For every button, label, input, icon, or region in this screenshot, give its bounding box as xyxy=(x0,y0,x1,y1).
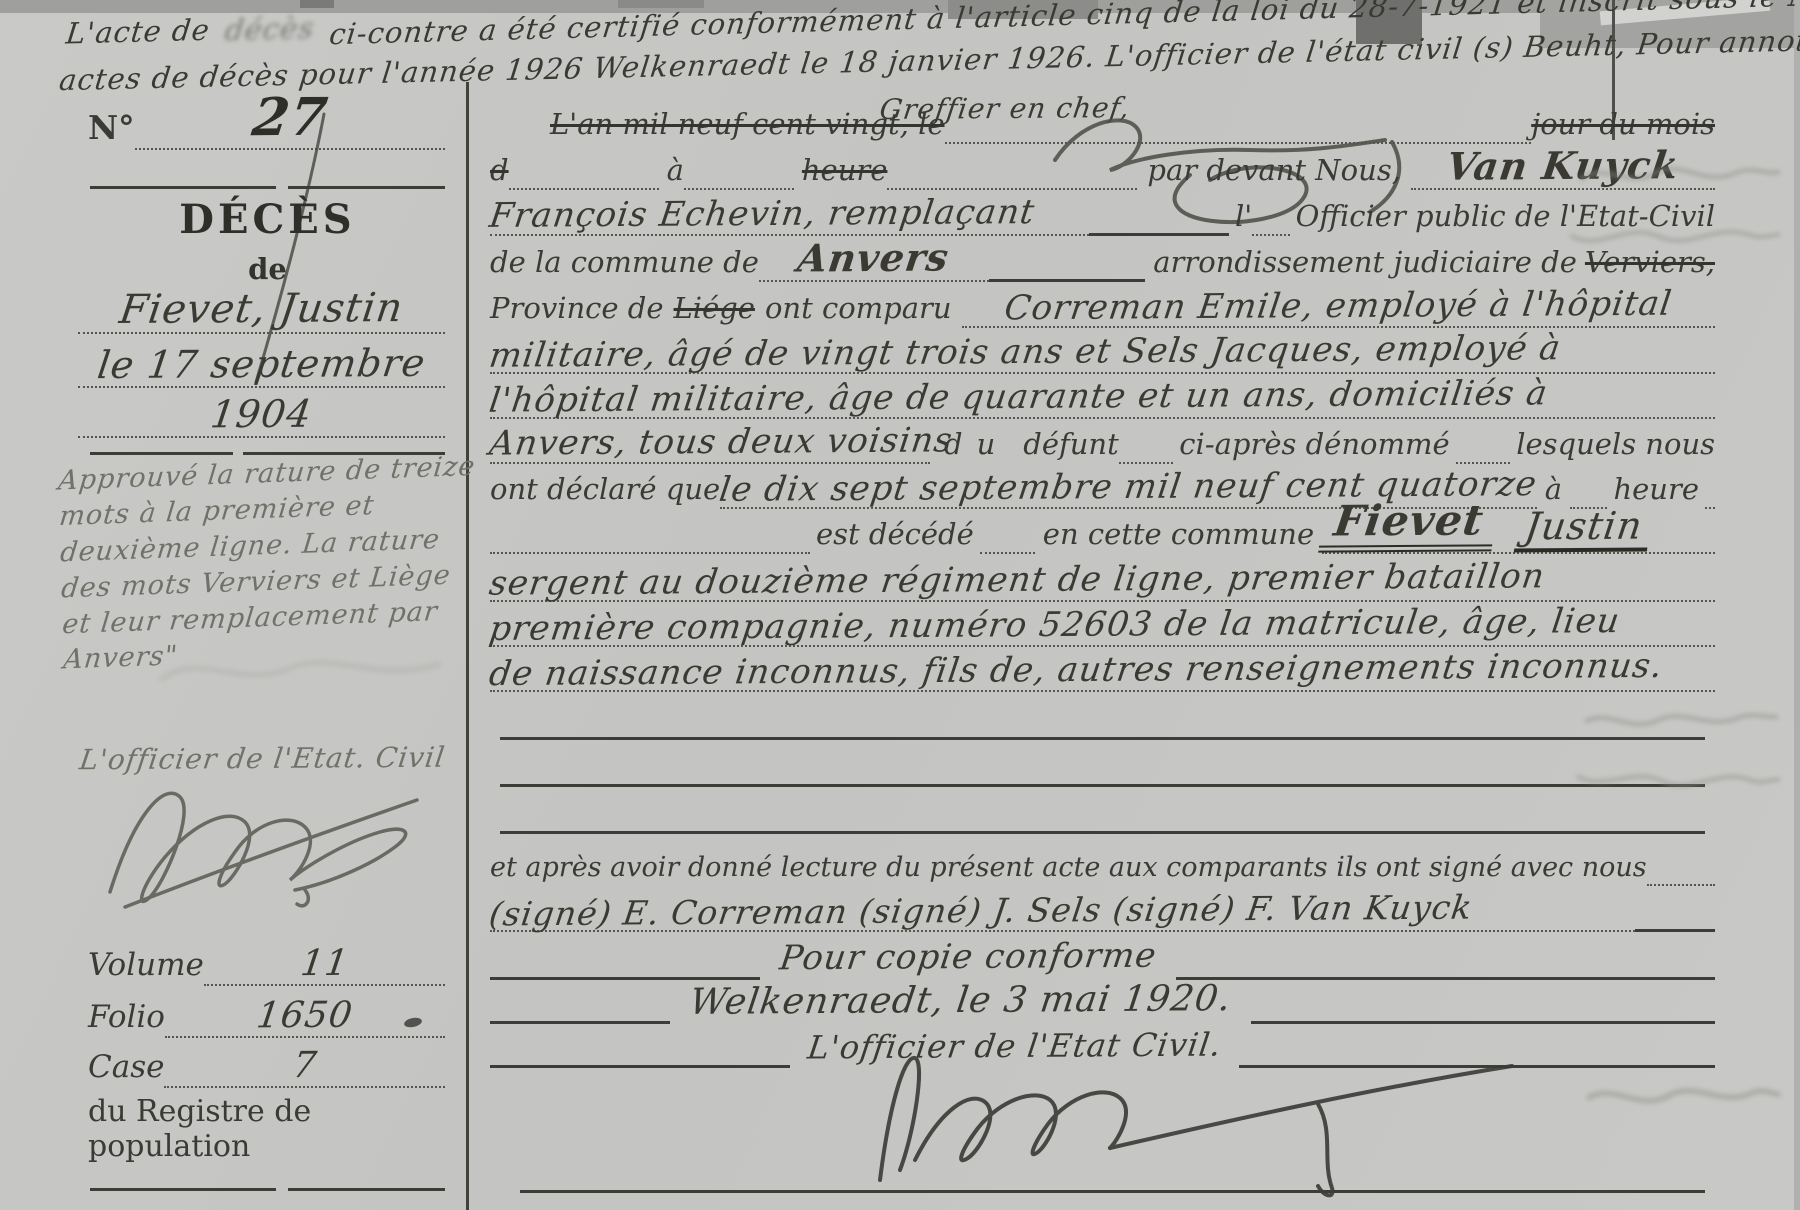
act-line-1: L'an mil neuf cent vingt, le jour du moi… xyxy=(490,96,1715,144)
act-line-3: François Echevin, remplaçant l' Officier… xyxy=(490,188,1715,236)
bleed-through-ghost xyxy=(1572,758,1782,798)
annotation-text: L'acte de xyxy=(64,13,212,51)
register-label: du Registre de population xyxy=(88,1094,445,1164)
blank-rule xyxy=(500,784,1705,787)
bottom-rule xyxy=(520,1190,1705,1193)
signatures-hw: (signé) E. Correman (signé) J. Sels (sig… xyxy=(487,888,1475,934)
preprinted-struck: L'an mil neuf cent vingt, le xyxy=(550,107,945,144)
act-line-11: sergent au douzième régiment de ligne, p… xyxy=(490,554,1715,602)
separator-line xyxy=(288,186,445,189)
number-label: N° xyxy=(88,108,135,150)
case-label: Case xyxy=(88,1049,164,1088)
unknown-details-hw: de naissance inconnus, fils de, autres r… xyxy=(487,646,1666,694)
blank-rule xyxy=(500,737,1705,740)
bleed-through-ghost xyxy=(1565,215,1785,255)
volume-value: 11 xyxy=(298,943,351,984)
case-value: 7 xyxy=(290,1045,319,1086)
blank-rule xyxy=(500,831,1705,834)
bleed-through-ghost xyxy=(1580,700,1780,740)
place-date-hw: Welkenraedt, le 3 mai 1920. xyxy=(687,978,1234,1026)
folio-label: Folio xyxy=(88,999,165,1038)
military-unit-hw: sergent au douzième régiment de ligne, p… xyxy=(487,556,1548,603)
margin-officer-caption: L'officier de l'Etat. Civil xyxy=(80,742,445,775)
preprinted-struck: jour du mois xyxy=(1531,107,1715,144)
signatures-row: (signé) E. Correman (signé) J. Sels (sig… xyxy=(490,884,1715,932)
declarant2-hw: militaire, âgé de vingt trois ans et Sel… xyxy=(487,328,1564,375)
volume-row: Volume 11 xyxy=(88,938,445,986)
commune-hw: Anvers xyxy=(795,234,952,280)
lecture-clause: et après avoir donné lecture du présent … xyxy=(490,852,1647,886)
officiant-role-hw: François Echevin, remplaçant xyxy=(487,192,1037,236)
officer-signature-scrawl-bottom xyxy=(820,1040,1620,1205)
deceased-name: Fievet, Justin xyxy=(117,285,406,333)
scan-right-edge xyxy=(1794,0,1800,1210)
act-line-4: de la commune de Anvers arrondissement j… xyxy=(490,234,1715,282)
death-date-row-1: le 17 septembre xyxy=(78,336,445,388)
folio-value: 1650 xyxy=(254,995,355,1037)
copy-conforme-row: Pour copie conforme xyxy=(490,932,1715,980)
act-line-8: Anvers, tous deux voisins du défunt ci-a… xyxy=(490,416,1715,464)
death-date-row-2: 1904 xyxy=(78,388,445,438)
act-line-6: militaire, âgé de vingt trois ans et Sel… xyxy=(490,326,1715,374)
lecture-clause-row: et après avoir donné lecture du présent … xyxy=(490,838,1715,886)
folio-row: Folio 1650 xyxy=(88,990,445,1038)
bleed-through-ghost xyxy=(150,640,450,700)
separator-line xyxy=(90,452,233,455)
deces-title: DÉCÈS xyxy=(90,196,445,243)
death-date-line2: 1904 xyxy=(208,392,315,437)
bleed-through-ghost xyxy=(1575,155,1785,195)
column-divider-line xyxy=(466,82,469,1210)
declarant1-hw: Correman Emile, employé à l'hôpital xyxy=(1002,284,1675,329)
deceased-surname-hw: Fievet xyxy=(1318,495,1499,552)
act-line-13: de naissance inconnus, fils de, autres r… xyxy=(490,644,1715,692)
volume-label: Volume xyxy=(88,947,204,986)
act-line-7: l'hôpital militaire, âge de quarante et … xyxy=(490,371,1715,419)
act-line-12: première compagnie, numéro 52603 de la m… xyxy=(490,599,1715,647)
declarant2b-hw: l'hôpital militaire, âge de quarante et … xyxy=(487,373,1551,420)
matricule-hw: première compagnie, numéro 52603 de la m… xyxy=(487,601,1623,649)
deceased-firstname-hw: Justin xyxy=(1514,504,1654,553)
death-certificate-scan: L'acte de décès ci-contre a été certifié… xyxy=(0,0,1800,1210)
case-row: Case 7 xyxy=(88,1040,445,1088)
act-line-2: d à heure par devant Nous, Van Kuyck xyxy=(490,142,1715,190)
separator-line xyxy=(288,1188,445,1191)
place-date-row: Welkenraedt, le 3 mai 1920. xyxy=(490,976,1715,1024)
separator-line xyxy=(90,1188,276,1191)
copy-conforme-hw: Pour copie conforme xyxy=(777,936,1159,982)
act-line-5: Province de Liége ont comparu Correman E… xyxy=(490,280,1715,328)
annotation-smudged-word: décès xyxy=(224,11,317,47)
deceased-name-row: Fievet, Justin xyxy=(78,280,445,334)
separator-line xyxy=(90,186,276,189)
officer-signature-scrawl-left xyxy=(95,772,435,912)
scan-artifact xyxy=(300,0,334,8)
bleed-through-ghost xyxy=(1582,1075,1782,1119)
preprinted-text: par devant Nous, xyxy=(1147,153,1401,190)
death-date-line1: le 17 septembre xyxy=(95,341,428,387)
act-line-10: est décédé en cette commune Fievet Justi… xyxy=(490,506,1715,554)
